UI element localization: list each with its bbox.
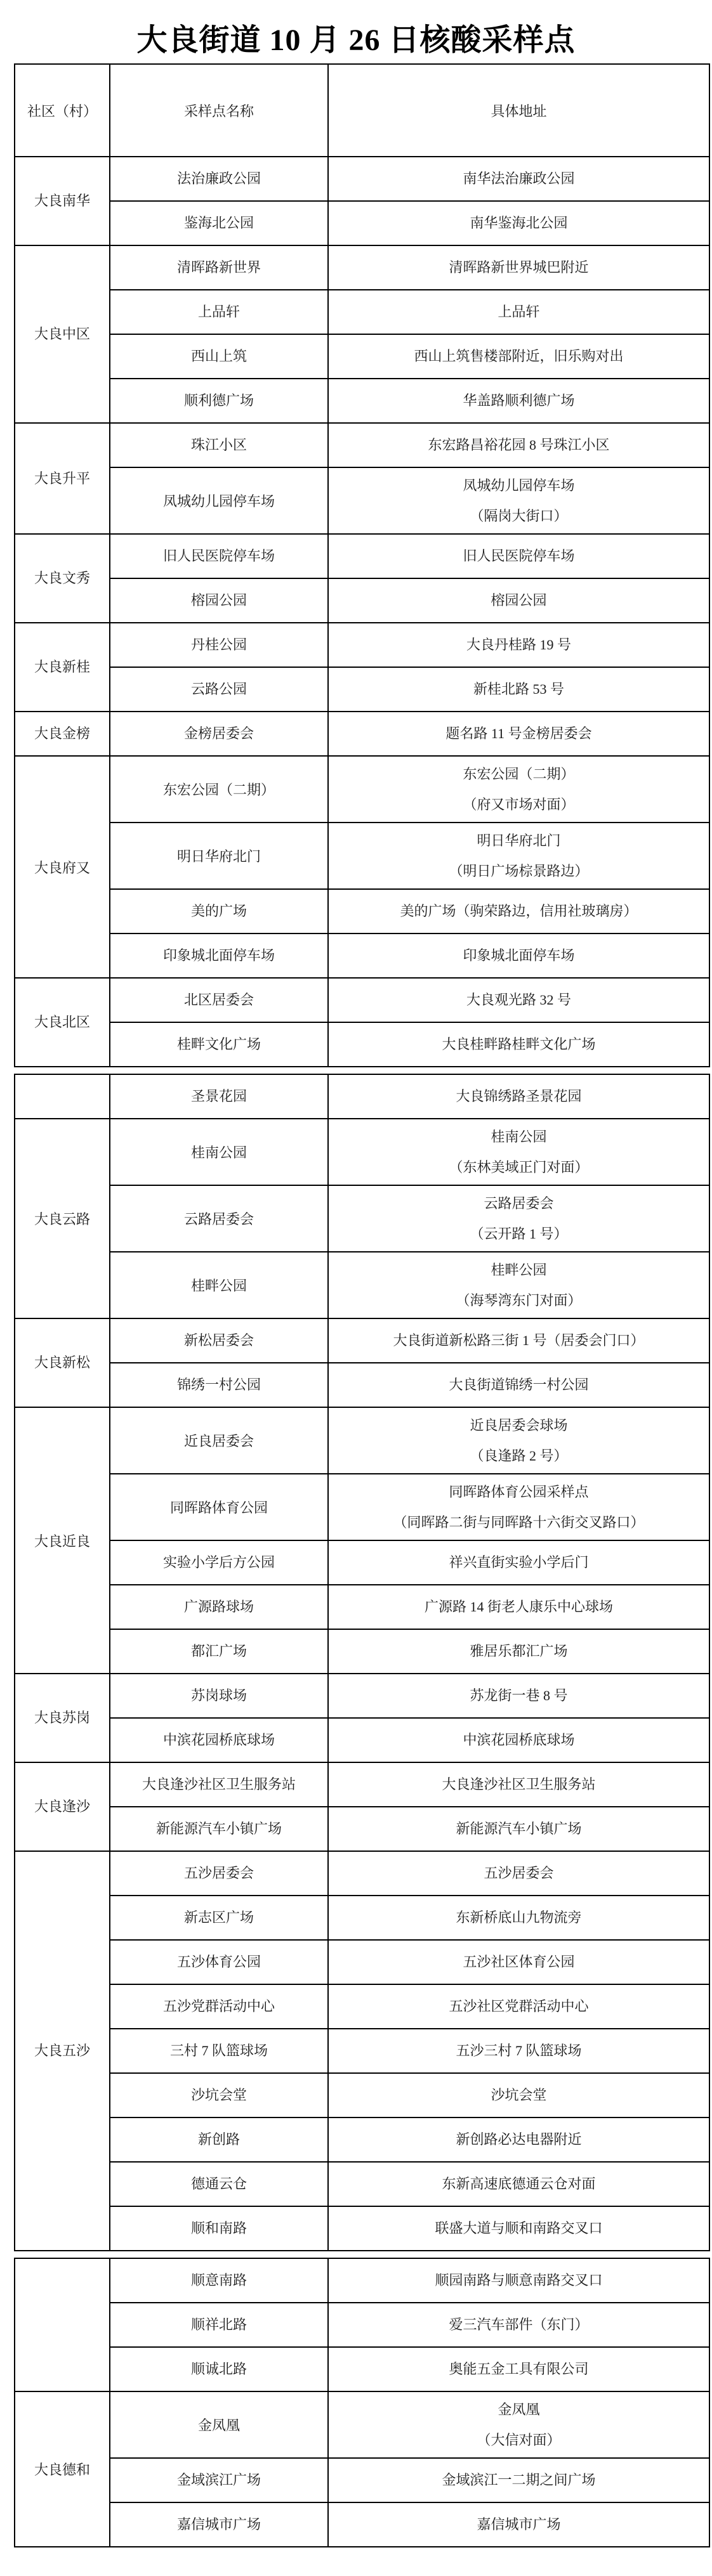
- site-name: 顺意南路: [110, 2272, 327, 2289]
- address-cell: 广源路 14 街老人康乐中心球场: [328, 1585, 709, 1629]
- address-cell: 榕园公园: [328, 578, 709, 623]
- site-name: 新能源汽车小镇广场: [110, 1820, 327, 1838]
- address-cell: 新桂北路 53 号: [328, 667, 709, 712]
- site-name-cell: 珠江小区: [110, 423, 328, 467]
- site-name-cell: 沙坑会堂: [110, 2073, 328, 2117]
- table-row: 顺祥北路爱三汽车部件（东门）: [15, 2303, 709, 2347]
- table-row: 新创路新创路必达电器附近: [15, 2117, 709, 2162]
- address-line: 南华法治廉政公园: [329, 170, 709, 188]
- site-name-cell: 清晖路新世界: [110, 245, 328, 290]
- table-row: 圣景花园大良锦绣路圣景花园: [15, 1074, 709, 1119]
- address-cell: 大良街道锦绣一村公园: [328, 1363, 709, 1407]
- community-cell: 大良逢沙: [15, 1762, 110, 1851]
- address-cell: 上品轩: [328, 290, 709, 334]
- address-cell: 美的广场（驹荣路边，信用社玻璃房）: [328, 889, 709, 933]
- community-label: 大良云路: [15, 1209, 109, 1228]
- header-site-col: 采样点名称: [110, 64, 328, 157]
- site-name: 中滨花园桥底球场: [110, 1731, 327, 1749]
- address-line: 祥兴直街实验小学后门: [329, 1554, 709, 1571]
- table-row: 大良金榜金榜居委会题名路 11 号金榜居委会: [15, 712, 709, 756]
- community-label: 大良五沙: [15, 2042, 109, 2060]
- community-cell: 大良金榜: [15, 712, 110, 756]
- site-name-cell: 新志区广场: [110, 1896, 328, 1940]
- address-cell: 沙坑会堂: [328, 2073, 709, 2117]
- site-name: 云路居委会: [110, 1209, 327, 1228]
- community-cell: 大良云路: [15, 1119, 110, 1318]
- address-cell: 东宏路昌裕花园 8 号珠江小区: [328, 423, 709, 467]
- address-line: 联盛大道与顺和南路交叉口: [329, 2220, 709, 2237]
- site-name-cell: 苏岗球场: [110, 1674, 328, 1718]
- header-address-col: 具体地址: [328, 64, 709, 157]
- page-title: 大良街道 10 月 26 日核酸采样点: [0, 0, 712, 63]
- table-row: 嘉信城市广场嘉信城市广场: [15, 2502, 709, 2547]
- site-name: 五沙体育公园: [110, 1953, 327, 1971]
- table-row: 同晖路体育公园同晖路体育公园采样点（同晖路二街与同晖路十六街交叉路口）: [15, 1474, 709, 1540]
- address-line: （明日广场棕景路边）: [329, 856, 709, 887]
- site-name-cell: 顺和南路: [110, 2206, 328, 2251]
- site-name: 云路公园: [110, 680, 327, 698]
- sampling-table-1: 社区（村）采样点名称具体地址大良南华法治廉政公园南华法治廉政公园鉴海北公园南华鉴…: [14, 63, 710, 1067]
- address-cell: 大良丹桂路 19 号: [328, 623, 709, 667]
- address-line: 美的广场（驹荣路边，信用社玻璃房）: [329, 902, 709, 920]
- address-line: 印象城北面停车场: [329, 947, 709, 965]
- community-label: 大良府又: [15, 857, 109, 877]
- site-name: 东宏公园（二期）: [110, 779, 327, 799]
- address-line: 金凤凰: [329, 2395, 709, 2425]
- table-row: 大良新桂丹桂公园大良丹桂路 19 号: [15, 623, 709, 667]
- address-line: 五沙居委会: [329, 1864, 709, 1882]
- site-name: 美的广场: [110, 902, 327, 920]
- site-name-cell: 云路公园: [110, 667, 328, 712]
- address-line: 大良观光路 32 号: [329, 991, 709, 1009]
- address-line: 广源路 14 街老人康乐中心球场: [329, 1598, 709, 1616]
- table-row: 上品轩上品轩: [15, 290, 709, 334]
- address-cell: 旧人民医院停车场: [328, 534, 709, 578]
- address-line: 清晖路新世界城巴附近: [329, 259, 709, 276]
- site-name: 榕园公园: [110, 592, 327, 609]
- site-name: 广源路球场: [110, 1598, 327, 1616]
- site-name-cell: 五沙体育公园: [110, 1940, 328, 1984]
- address-line: （云开路 1 号）: [329, 1219, 709, 1249]
- table-row: 大良云路桂南公园桂南公园（东林美域正门对面）: [15, 1119, 709, 1185]
- site-name-cell: 锦绣一村公园: [110, 1363, 328, 1407]
- address-line: 五沙三村 7 队篮球场: [329, 2042, 709, 2060]
- site-name: 三村 7 队篮球场: [110, 2042, 327, 2060]
- community-cell: [15, 1074, 110, 1119]
- address-cell: 苏龙街一巷 8 号: [328, 1674, 709, 1718]
- address-cell: 近良居委会球场（良逢路 2 号）: [328, 1407, 709, 1474]
- table-row: 顺意南路顺园南路与顺意南路交叉口: [15, 2258, 709, 2303]
- site-name: 丹桂公园: [110, 636, 327, 654]
- site-name-cell: 新能源汽车小镇广场: [110, 1807, 328, 1851]
- community-label: 大良中区: [15, 325, 109, 343]
- site-name: 都汇广场: [110, 1643, 327, 1660]
- address-line: 五沙社区党群活动中心: [329, 1998, 709, 2015]
- site-name: 桂南公园: [110, 1142, 327, 1162]
- address-line: 华盖路顺利德广场: [329, 392, 709, 410]
- site-name: 北区居委会: [110, 991, 327, 1009]
- address-cell: 大良桂畔路桂畔文化广场: [328, 1022, 709, 1067]
- table-row: 中滨花园桥底球场中滨花园桥底球场: [15, 1718, 709, 1762]
- address-line: 金域滨江一二期之间广场: [329, 2471, 709, 2489]
- community-cell: 大良升平: [15, 423, 110, 534]
- community-label: 大良近良: [15, 1531, 109, 1551]
- community-cell: 大良中区: [15, 245, 110, 423]
- address-line: 五沙社区体育公园: [329, 1953, 709, 1971]
- address-cell: 联盛大道与顺和南路交叉口: [328, 2206, 709, 2251]
- address-line: 凤城幼儿园停车场: [329, 471, 709, 501]
- address-cell: 凤城幼儿园停车场（隔岗大街口）: [328, 467, 709, 534]
- address-line: （大信对面）: [329, 2425, 709, 2456]
- address-cell: 奥能五金工具有限公司: [328, 2347, 709, 2391]
- site-name-cell: 丹桂公园: [110, 623, 328, 667]
- address-line: 大良锦绣路圣景花园: [329, 1088, 709, 1105]
- table-row: 三村 7 队篮球场五沙三村 7 队篮球场: [15, 2029, 709, 2073]
- address-line: 大良逢沙社区卫生服务站: [329, 1776, 709, 1793]
- table-row: 凤城幼儿园停车场凤城幼儿园停车场（隔岗大街口）: [15, 467, 709, 534]
- address-cell: 西山上筑售楼部附近，旧乐购对出: [328, 334, 709, 379]
- table-row: 大良德和金凤凰金凤凰（大信对面）: [15, 2391, 709, 2458]
- address-cell: 爱三汽车部件（东门）: [328, 2303, 709, 2347]
- site-name: 西山上筑: [110, 348, 327, 365]
- address-line: （府又市场对面）: [329, 790, 709, 820]
- site-name-cell: 金榜居委会: [110, 712, 328, 756]
- address-cell: 五沙居委会: [328, 1851, 709, 1896]
- table-row: 都汇广场雅居乐都汇广场: [15, 1629, 709, 1674]
- address-line: 苏龙街一巷 8 号: [329, 1687, 709, 1705]
- address-line: 云路居委会: [329, 1188, 709, 1219]
- site-name-cell: 东宏公园（二期）: [110, 756, 328, 823]
- site-name-cell: 顺利德广场: [110, 379, 328, 423]
- address-line: 东宏路昌裕花园 8 号珠江小区: [329, 436, 709, 454]
- site-name-cell: 西山上筑: [110, 334, 328, 379]
- community-cell: 大良五沙: [15, 1851, 110, 2251]
- site-name: 珠江小区: [110, 436, 327, 454]
- address-line: 南华鉴海北公园: [329, 214, 709, 232]
- address-line: 新能源汽车小镇广场: [329, 1820, 709, 1838]
- address-line: （隔岗大街口）: [329, 501, 709, 531]
- community-cell: 大良德和: [15, 2391, 110, 2547]
- site-name-cell: 印象城北面停车场: [110, 933, 328, 978]
- site-name-cell: 桂南公园: [110, 1119, 328, 1185]
- address-line: 顺园南路与顺意南路交叉口: [329, 2272, 709, 2289]
- site-name-cell: 新松居委会: [110, 1318, 328, 1363]
- address-cell: 桂南公园（东林美域正门对面）: [328, 1119, 709, 1185]
- address-cell: 东新桥底山九物流旁: [328, 1896, 709, 1940]
- address-line: 榕园公园: [329, 592, 709, 609]
- table-row: 大良升平珠江小区东宏路昌裕花园 8 号珠江小区: [15, 423, 709, 467]
- address-line: 雅居乐都汇广场: [329, 1643, 709, 1660]
- table-row: 大良府又东宏公园（二期）东宏公园（二期）（府又市场对面）: [15, 756, 709, 823]
- table-row: 西山上筑西山上筑售楼部附近，旧乐购对出: [15, 334, 709, 379]
- address-line: 大良丹桂路 19 号: [329, 636, 709, 654]
- table-row: 锦绣一村公园大良街道锦绣一村公园: [15, 1363, 709, 1407]
- site-name: 锦绣一村公园: [110, 1376, 327, 1394]
- site-name: 圣景花园: [110, 1088, 327, 1105]
- address-line: 旧人民医院停车场: [329, 547, 709, 565]
- site-name-cell: 凤城幼儿园停车场: [110, 467, 328, 534]
- site-name-cell: 明日华府北门: [110, 823, 328, 889]
- site-name-cell: 金凤凰: [110, 2391, 328, 2458]
- community-label: 大良升平: [15, 470, 109, 488]
- community-label: 大良新桂: [15, 658, 109, 676]
- site-name: 旧人民医院停车场: [110, 547, 327, 565]
- community-label: 大良文秀: [15, 569, 109, 587]
- site-name: 新创路: [110, 2131, 327, 2149]
- address-line: 同晖路体育公园采样点: [329, 1477, 709, 1507]
- address-line: 爱三汽车部件（东门）: [329, 2316, 709, 2334]
- header-community-col: 社区（村）: [15, 64, 110, 157]
- site-name-cell: 美的广场: [110, 889, 328, 933]
- address-cell: 新能源汽车小镇广场: [328, 1807, 709, 1851]
- table-row: 顺和南路联盛大道与顺和南路交叉口: [15, 2206, 709, 2251]
- site-name-cell: 嘉信城市广场: [110, 2502, 328, 2547]
- site-name-cell: 五沙居委会: [110, 1851, 328, 1896]
- site-name-cell: 五沙党群活动中心: [110, 1984, 328, 2029]
- address-cell: 雅居乐都汇广场: [328, 1629, 709, 1674]
- address-line: 明日华府北门: [329, 826, 709, 856]
- community-label: 大良新松: [15, 1354, 109, 1372]
- address-cell: 同晖路体育公园采样点（同晖路二街与同晖路十六街交叉路口）: [328, 1474, 709, 1540]
- site-name: 新松居委会: [110, 1332, 327, 1350]
- address-cell: 新创路必达电器附近: [328, 2117, 709, 2162]
- site-name: 桂畔公园: [110, 1275, 327, 1295]
- site-name: 顺利德广场: [110, 392, 327, 410]
- address-cell: 桂畔公园（海琴湾东门对面）: [328, 1252, 709, 1318]
- table-row: 金域滨江广场金域滨江一二期之间广场: [15, 2458, 709, 2502]
- table-row: 新能源汽车小镇广场新能源汽车小镇广场: [15, 1807, 709, 1851]
- site-name: 上品轩: [110, 303, 327, 321]
- address-line: 东新桥底山九物流旁: [329, 1909, 709, 1927]
- address-cell: 金域滨江一二期之间广场: [328, 2458, 709, 2502]
- site-name-cell: 新创路: [110, 2117, 328, 2162]
- site-name-cell: 桂畔文化广场: [110, 1022, 328, 1067]
- table-row: 云路公园新桂北路 53 号: [15, 667, 709, 712]
- header-row: 社区（村）采样点名称具体地址: [15, 64, 709, 157]
- community-cell: 大良新松: [15, 1318, 110, 1407]
- community-label: 大良南华: [15, 192, 109, 210]
- community-cell: 大良府又: [15, 756, 110, 978]
- site-name: 实验小学后方公园: [110, 1554, 327, 1571]
- table-row: 大良北区北区居委会大良观光路 32 号: [15, 978, 709, 1022]
- site-name-cell: 同晖路体育公园: [110, 1474, 328, 1540]
- table-row: 桂畔公园桂畔公园（海琴湾东门对面）: [15, 1252, 709, 1318]
- address-line: 近良居委会球场: [329, 1410, 709, 1441]
- site-name-cell: 榕园公园: [110, 578, 328, 623]
- community-label: 大良德和: [15, 2459, 109, 2479]
- site-name: 金凤凰: [110, 2415, 327, 2435]
- table-row: 大良五沙五沙居委会五沙居委会: [15, 1851, 709, 1896]
- site-name: 顺诚北路: [110, 2360, 327, 2378]
- address-line: （东林美域正门对面）: [329, 1152, 709, 1183]
- table-row: 五沙体育公园五沙社区体育公园: [15, 1940, 709, 1984]
- site-name: 法治廉政公园: [110, 170, 327, 188]
- site-name: 五沙党群活动中心: [110, 1998, 327, 2015]
- address-cell: 清晖路新世界城巴附近: [328, 245, 709, 290]
- address-cell: 五沙社区党群活动中心: [328, 1984, 709, 2029]
- community-label: 大良金榜: [15, 725, 109, 743]
- table-row: 云路居委会云路居委会（云开路 1 号）: [15, 1185, 709, 1252]
- site-name-cell: 桂畔公园: [110, 1252, 328, 1318]
- address-cell: 印象城北面停车场: [328, 933, 709, 978]
- address-cell: 中滨花园桥底球场: [328, 1718, 709, 1762]
- address-cell: 嘉信城市广场: [328, 2502, 709, 2547]
- table-row: 顺利德广场华盖路顺利德广场: [15, 379, 709, 423]
- site-name: 沙坑会堂: [110, 2086, 327, 2104]
- site-name-cell: 近良居委会: [110, 1407, 328, 1474]
- site-name: 德通云仓: [110, 2175, 327, 2193]
- community-cell: 大良南华: [15, 157, 110, 245]
- site-name-cell: 广源路球场: [110, 1585, 328, 1629]
- community-label: 大良苏岗: [15, 1709, 109, 1727]
- table-row: 印象城北面停车场印象城北面停车场: [15, 933, 709, 978]
- site-name: 顺祥北路: [110, 2316, 327, 2334]
- address-cell: 南华鉴海北公园: [328, 201, 709, 245]
- address-cell: 题名路 11 号金榜居委会: [328, 712, 709, 756]
- community-cell: 大良北区: [15, 978, 110, 1067]
- table-row: 榕园公园榕园公园: [15, 578, 709, 623]
- address-line: 西山上筑售楼部附近，旧乐购对出: [329, 348, 709, 365]
- address-line: 中滨花园桥底球场: [329, 1731, 709, 1749]
- table-row: 大良中区清晖路新世界清晖路新世界城巴附近: [15, 245, 709, 290]
- site-name: 金域滨江广场: [110, 2471, 327, 2489]
- site-name-cell: 金域滨江广场: [110, 2458, 328, 2502]
- site-name-cell: 北区居委会: [110, 978, 328, 1022]
- site-name: 桂畔文化广场: [110, 1036, 327, 1053]
- table-row: 大良南华法治廉政公园南华法治廉政公园: [15, 157, 709, 201]
- site-name: 嘉信城市广场: [110, 2516, 327, 2534]
- site-name: 凤城幼儿园停车场: [110, 491, 327, 511]
- site-name-cell: 圣景花园: [110, 1074, 328, 1119]
- site-name: 鉴海北公园: [110, 214, 327, 232]
- table-row: 大良逢沙大良逢沙社区卫生服务站大良逢沙社区卫生服务站: [15, 1762, 709, 1807]
- site-name-cell: 云路居委会: [110, 1185, 328, 1252]
- address-line: 新桂北路 53 号: [329, 680, 709, 698]
- address-line: 桂南公园: [329, 1122, 709, 1152]
- site-name-cell: 三村 7 队篮球场: [110, 2029, 328, 2073]
- community-cell: [15, 2258, 110, 2391]
- site-name-cell: 大良逢沙社区卫生服务站: [110, 1762, 328, 1807]
- address-cell: 大良锦绣路圣景花园: [328, 1074, 709, 1119]
- site-name: 苏岗球场: [110, 1687, 327, 1705]
- site-name-cell: 鉴海北公园: [110, 201, 328, 245]
- table-row: 德通云仓东新高速底德通云仓对面: [15, 2162, 709, 2206]
- site-name-cell: 顺祥北路: [110, 2303, 328, 2347]
- table-row: 鉴海北公园南华鉴海北公园: [15, 201, 709, 245]
- address-line: 嘉信城市广场: [329, 2516, 709, 2534]
- site-name: 近良居委会: [110, 1431, 327, 1450]
- site-name-cell: 顺诚北路: [110, 2347, 328, 2391]
- table-row: 五沙党群活动中心五沙社区党群活动中心: [15, 1984, 709, 2029]
- community-label: 大良北区: [15, 1013, 109, 1031]
- address-cell: 五沙社区体育公园: [328, 1940, 709, 1984]
- table-row: 广源路球场广源路 14 街老人康乐中心球场: [15, 1585, 709, 1629]
- address-line: 题名路 11 号金榜居委会: [329, 725, 709, 743]
- address-cell: 东宏公园（二期）（府又市场对面）: [328, 756, 709, 823]
- site-name: 顺和南路: [110, 2220, 327, 2237]
- site-name: 同晖路体育公园: [110, 1497, 327, 1517]
- community-label: 大良逢沙: [15, 1798, 109, 1816]
- address-line: 新创路必达电器附近: [329, 2131, 709, 2149]
- address-cell: 大良街道新松路三街 1 号（居委会门口）: [328, 1318, 709, 1363]
- address-cell: 南华法治廉政公园: [328, 157, 709, 201]
- table-row: 明日华府北门明日华府北门（明日广场棕景路边）: [15, 823, 709, 889]
- table-row: 实验小学后方公园祥兴直街实验小学后门: [15, 1540, 709, 1585]
- address-cell: 华盖路顺利德广场: [328, 379, 709, 423]
- site-name-cell: 中滨花园桥底球场: [110, 1718, 328, 1762]
- address-line: （海琴湾东门对面）: [329, 1285, 709, 1316]
- address-cell: 东新高速底德通云仓对面: [328, 2162, 709, 2206]
- address-cell: 大良观光路 32 号: [328, 978, 709, 1022]
- site-name-cell: 都汇广场: [110, 1629, 328, 1674]
- site-name: 金榜居委会: [110, 725, 327, 743]
- site-name: 清晖路新世界: [110, 259, 327, 276]
- tables-container: 社区（村）采样点名称具体地址大良南华法治廉政公园南华法治廉政公园鉴海北公园南华鉴…: [0, 63, 712, 2547]
- community-cell: 大良文秀: [15, 534, 110, 623]
- address-line: （同晖路二街与同晖路十六街交叉路口）: [329, 1507, 709, 1538]
- table-row: 大良近良近良居委会近良居委会球场（良逢路 2 号）: [15, 1407, 709, 1474]
- notice-page: 大良街道 10 月 26 日核酸采样点 社区（村）采样点名称具体地址大良南华法治…: [0, 0, 712, 2547]
- table-row: 美的广场美的广场（驹荣路边，信用社玻璃房）: [15, 889, 709, 933]
- site-name-cell: 旧人民医院停车场: [110, 534, 328, 578]
- address-line: 上品轩: [329, 303, 709, 321]
- address-cell: 五沙三村 7 队篮球场: [328, 2029, 709, 2073]
- sampling-table-2: 圣景花园大良锦绣路圣景花园大良云路桂南公园桂南公园（东林美域正门对面）云路居委会…: [14, 1074, 710, 2251]
- site-name: 五沙居委会: [110, 1864, 327, 1882]
- site-name-cell: 德通云仓: [110, 2162, 328, 2206]
- address-line: 奥能五金工具有限公司: [329, 2360, 709, 2378]
- table-row: 桂畔文化广场大良桂畔路桂畔文化广场: [15, 1022, 709, 1067]
- community-cell: 大良新桂: [15, 623, 110, 712]
- site-name-cell: 顺意南路: [110, 2258, 328, 2303]
- site-name-cell: 上品轩: [110, 290, 328, 334]
- site-name: 明日华府北门: [110, 846, 327, 866]
- site-name: 新志区广场: [110, 1909, 327, 1927]
- address-line: 东宏公园（二期）: [329, 759, 709, 790]
- table-row: 大良新松新松居委会大良街道新松路三街 1 号（居委会门口）: [15, 1318, 709, 1363]
- community-cell: 大良苏岗: [15, 1674, 110, 1762]
- table-row: 大良文秀旧人民医院停车场旧人民医院停车场: [15, 534, 709, 578]
- address-line: 大良桂畔路桂畔文化广场: [329, 1036, 709, 1053]
- address-line: 沙坑会堂: [329, 2086, 709, 2104]
- site-name-cell: 法治廉政公园: [110, 157, 328, 201]
- address-line: 大良街道锦绣一村公园: [329, 1376, 709, 1394]
- site-name: 印象城北面停车场: [110, 947, 327, 965]
- address-cell: 顺园南路与顺意南路交叉口: [328, 2258, 709, 2303]
- community-cell: 大良近良: [15, 1407, 110, 1674]
- site-name: 大良逢沙社区卫生服务站: [110, 1776, 327, 1793]
- address-cell: 祥兴直街实验小学后门: [328, 1540, 709, 1585]
- table-row: 沙坑会堂沙坑会堂: [15, 2073, 709, 2117]
- address-line: 东新高速底德通云仓对面: [329, 2175, 709, 2193]
- address-line: （良逢路 2 号）: [329, 1441, 709, 1471]
- sampling-table-3: 顺意南路顺园南路与顺意南路交叉口顺祥北路爱三汽车部件（东门）顺诚北路奥能五金工具…: [14, 2258, 710, 2547]
- table-row: 顺诚北路奥能五金工具有限公司: [15, 2347, 709, 2391]
- site-name-cell: 实验小学后方公园: [110, 1540, 328, 1585]
- address-line: 桂畔公园: [329, 1255, 709, 1285]
- address-cell: 明日华府北门（明日广场棕景路边）: [328, 823, 709, 889]
- address-line: 大良街道新松路三街 1 号（居委会门口）: [329, 1332, 709, 1350]
- address-cell: 云路居委会（云开路 1 号）: [328, 1185, 709, 1252]
- table-row: 新志区广场东新桥底山九物流旁: [15, 1896, 709, 1940]
- address-cell: 金凤凰（大信对面）: [328, 2391, 709, 2458]
- address-cell: 大良逢沙社区卫生服务站: [328, 1762, 709, 1807]
- table-row: 大良苏岗苏岗球场苏龙街一巷 8 号: [15, 1674, 709, 1718]
